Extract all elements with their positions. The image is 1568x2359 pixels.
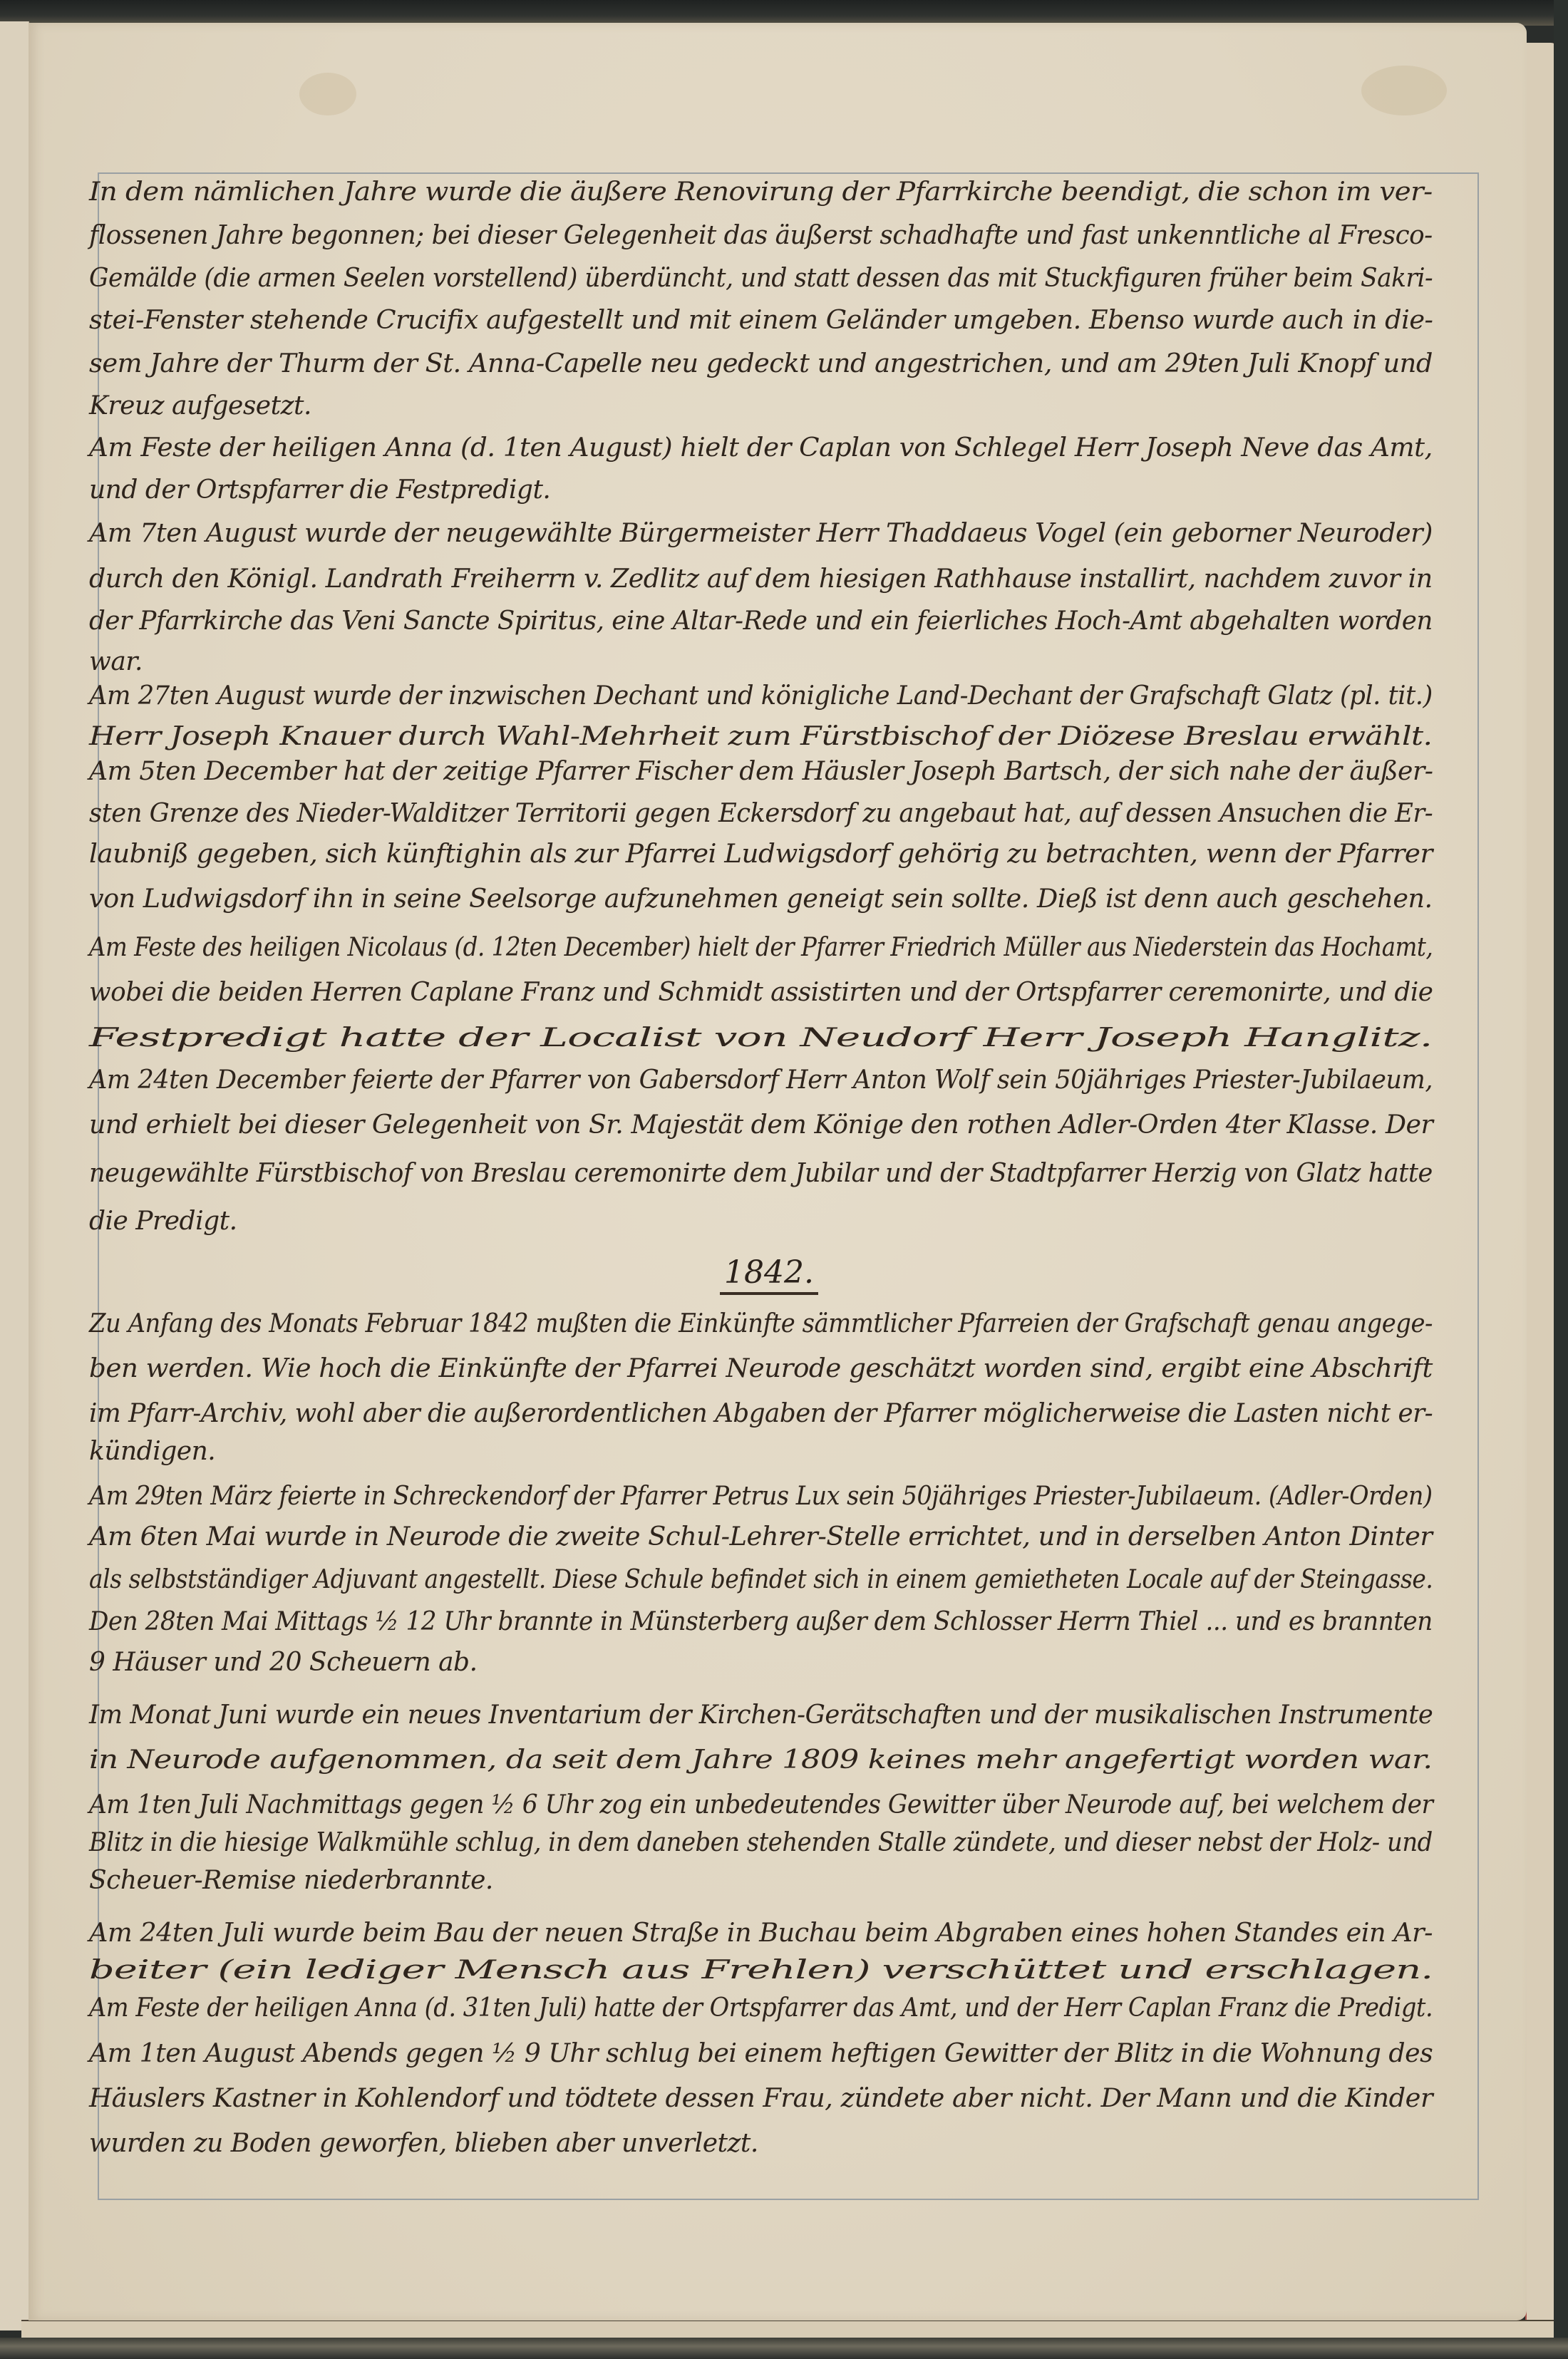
handwritten-line: Am Feste des heiligen Nicolaus (d. 12ten… <box>89 934 1433 962</box>
handwritten-line: Am Feste der heiligen Anna (d. 1ten Augu… <box>89 434 1433 463</box>
handwritten-line: die Predigt. <box>89 1207 237 1236</box>
handwritten-line: Am Feste der heiligen Anna (d. 31ten Jul… <box>89 1994 1433 2023</box>
handwritten-line: Am 27ten August wurde der inzwischen Dec… <box>89 682 1433 711</box>
handwritten-line: sten Grenze des Nieder-Walditzer Territo… <box>89 800 1433 828</box>
handwritten-line: Zu Anfang des Monats Februar 1842 mußten… <box>89 1310 1433 1338</box>
handwritten-line: Scheuer-Remise niederbrannte. <box>89 1867 493 1895</box>
handwritten-line: ben werden. Wie hoch die Einkünfte der P… <box>89 1355 1433 1383</box>
left-page-edge <box>0 21 29 2330</box>
handwritten-line: und erhielt bei dieser Gelegenheit von S… <box>89 1111 1433 1140</box>
handwritten-line: sem Jahre der Thurm der St. Anna-Capelle… <box>89 350 1433 378</box>
handwritten-line: 9 Häuser und 20 Scheuern ab. <box>89 1648 478 1677</box>
handwritten-line: durch den Königl. Landrath Freiherrn v. … <box>89 565 1433 594</box>
handwritten-line: Festpredigt hatte der Localist von Neudo… <box>89 1024 1433 1053</box>
handwritten-line: Häuslers Kastner in Kohlendorf und tödte… <box>89 2085 1433 2113</box>
paper-stain <box>1361 66 1447 115</box>
handwritten-line: In dem nämlichen Jahre wurde die äußere … <box>89 178 1433 207</box>
handwritten-line: Am 7ten August wurde der neugewählte Bür… <box>89 520 1433 548</box>
handwritten-line: beiter (ein lediger Mensch aus Frehlen) … <box>89 1956 1433 1985</box>
handwritten-line: Gemälde (die armen Seelen vorstellend) ü… <box>89 264 1433 293</box>
handwritten-line: kündigen. <box>89 1437 215 1466</box>
handwritten-line: laubniß gegeben, sich künftighin als zur… <box>89 840 1433 869</box>
handwritten-line: flossenen Jahre begonnen; bei dieser Gel… <box>89 222 1433 250</box>
handwritten-line: im Pfarr-Archiv, wohl aber die außerorde… <box>89 1400 1433 1428</box>
handwritten-line: und der Ortspfarrer die Festpredigt. <box>89 476 550 505</box>
handwritten-line: wurden zu Boden geworfen, blieben aber u… <box>89 2130 758 2158</box>
handwritten-line: Den 28ten Mai Mittags ½ 12 Uhr brannte i… <box>89 1608 1433 1636</box>
handwritten-line: Am 29ten März feierte in Schreckendorf d… <box>89 1482 1433 1511</box>
book-cover-top <box>0 0 1568 26</box>
handwritten-line: Kreuz aufgesetzt. <box>89 392 311 420</box>
handwritten-line: stei-Fenster stehende Crucifix aufgestel… <box>89 306 1433 335</box>
handwritten-line: Am 1ten Juli Nachmittags gegen ½ 6 Uhr z… <box>89 1791 1433 1819</box>
handwritten-line: wobei die beiden Herren Caplane Franz un… <box>89 979 1433 1007</box>
handwritten-line: Am 5ten December hat der zeitige Pfarrer… <box>89 758 1433 786</box>
year-heading: 1842. <box>720 1254 818 1295</box>
handwritten-line: Herr Joseph Knauer durch Wahl-Mehrheit z… <box>89 723 1433 751</box>
handwritten-line: Am 24ten December feierte der Pfarrer vo… <box>89 1066 1433 1095</box>
handwritten-line: der Pfarrkirche das Veni Sancte Spiritus… <box>89 607 1433 636</box>
handwritten-line: als selbstständiger Adjuvant angestellt.… <box>89 1566 1433 1594</box>
book-cover-bottom <box>0 2338 1568 2359</box>
handwritten-line: neugewählte Fürstbischof von Breslau cer… <box>89 1160 1433 1188</box>
handwritten-line: Im Monat Juni wurde ein neues Inventariu… <box>89 1701 1433 1730</box>
handwritten-line: Am 1ten August Abends gegen ½ 9 Uhr schl… <box>89 2040 1433 2068</box>
handwritten-line: von Ludwigsdorf ihn in seine Seelsorge a… <box>89 885 1433 914</box>
handwritten-line: Am 6ten Mai wurde in Neurode die zweite … <box>89 1523 1432 1552</box>
paper-stain <box>299 73 356 115</box>
handwritten-line: Blitz in die hiesige Walkmühle schlug, i… <box>89 1829 1433 1857</box>
book-cover-right <box>1554 0 1568 2359</box>
handwritten-line: in Neurode aufgenommen, da seit dem Jahr… <box>89 1746 1432 1775</box>
handwritten-line: war. <box>89 648 143 676</box>
handwritten-line: Am 24ten Juli wurde beim Bau der neuen S… <box>89 1919 1433 1948</box>
